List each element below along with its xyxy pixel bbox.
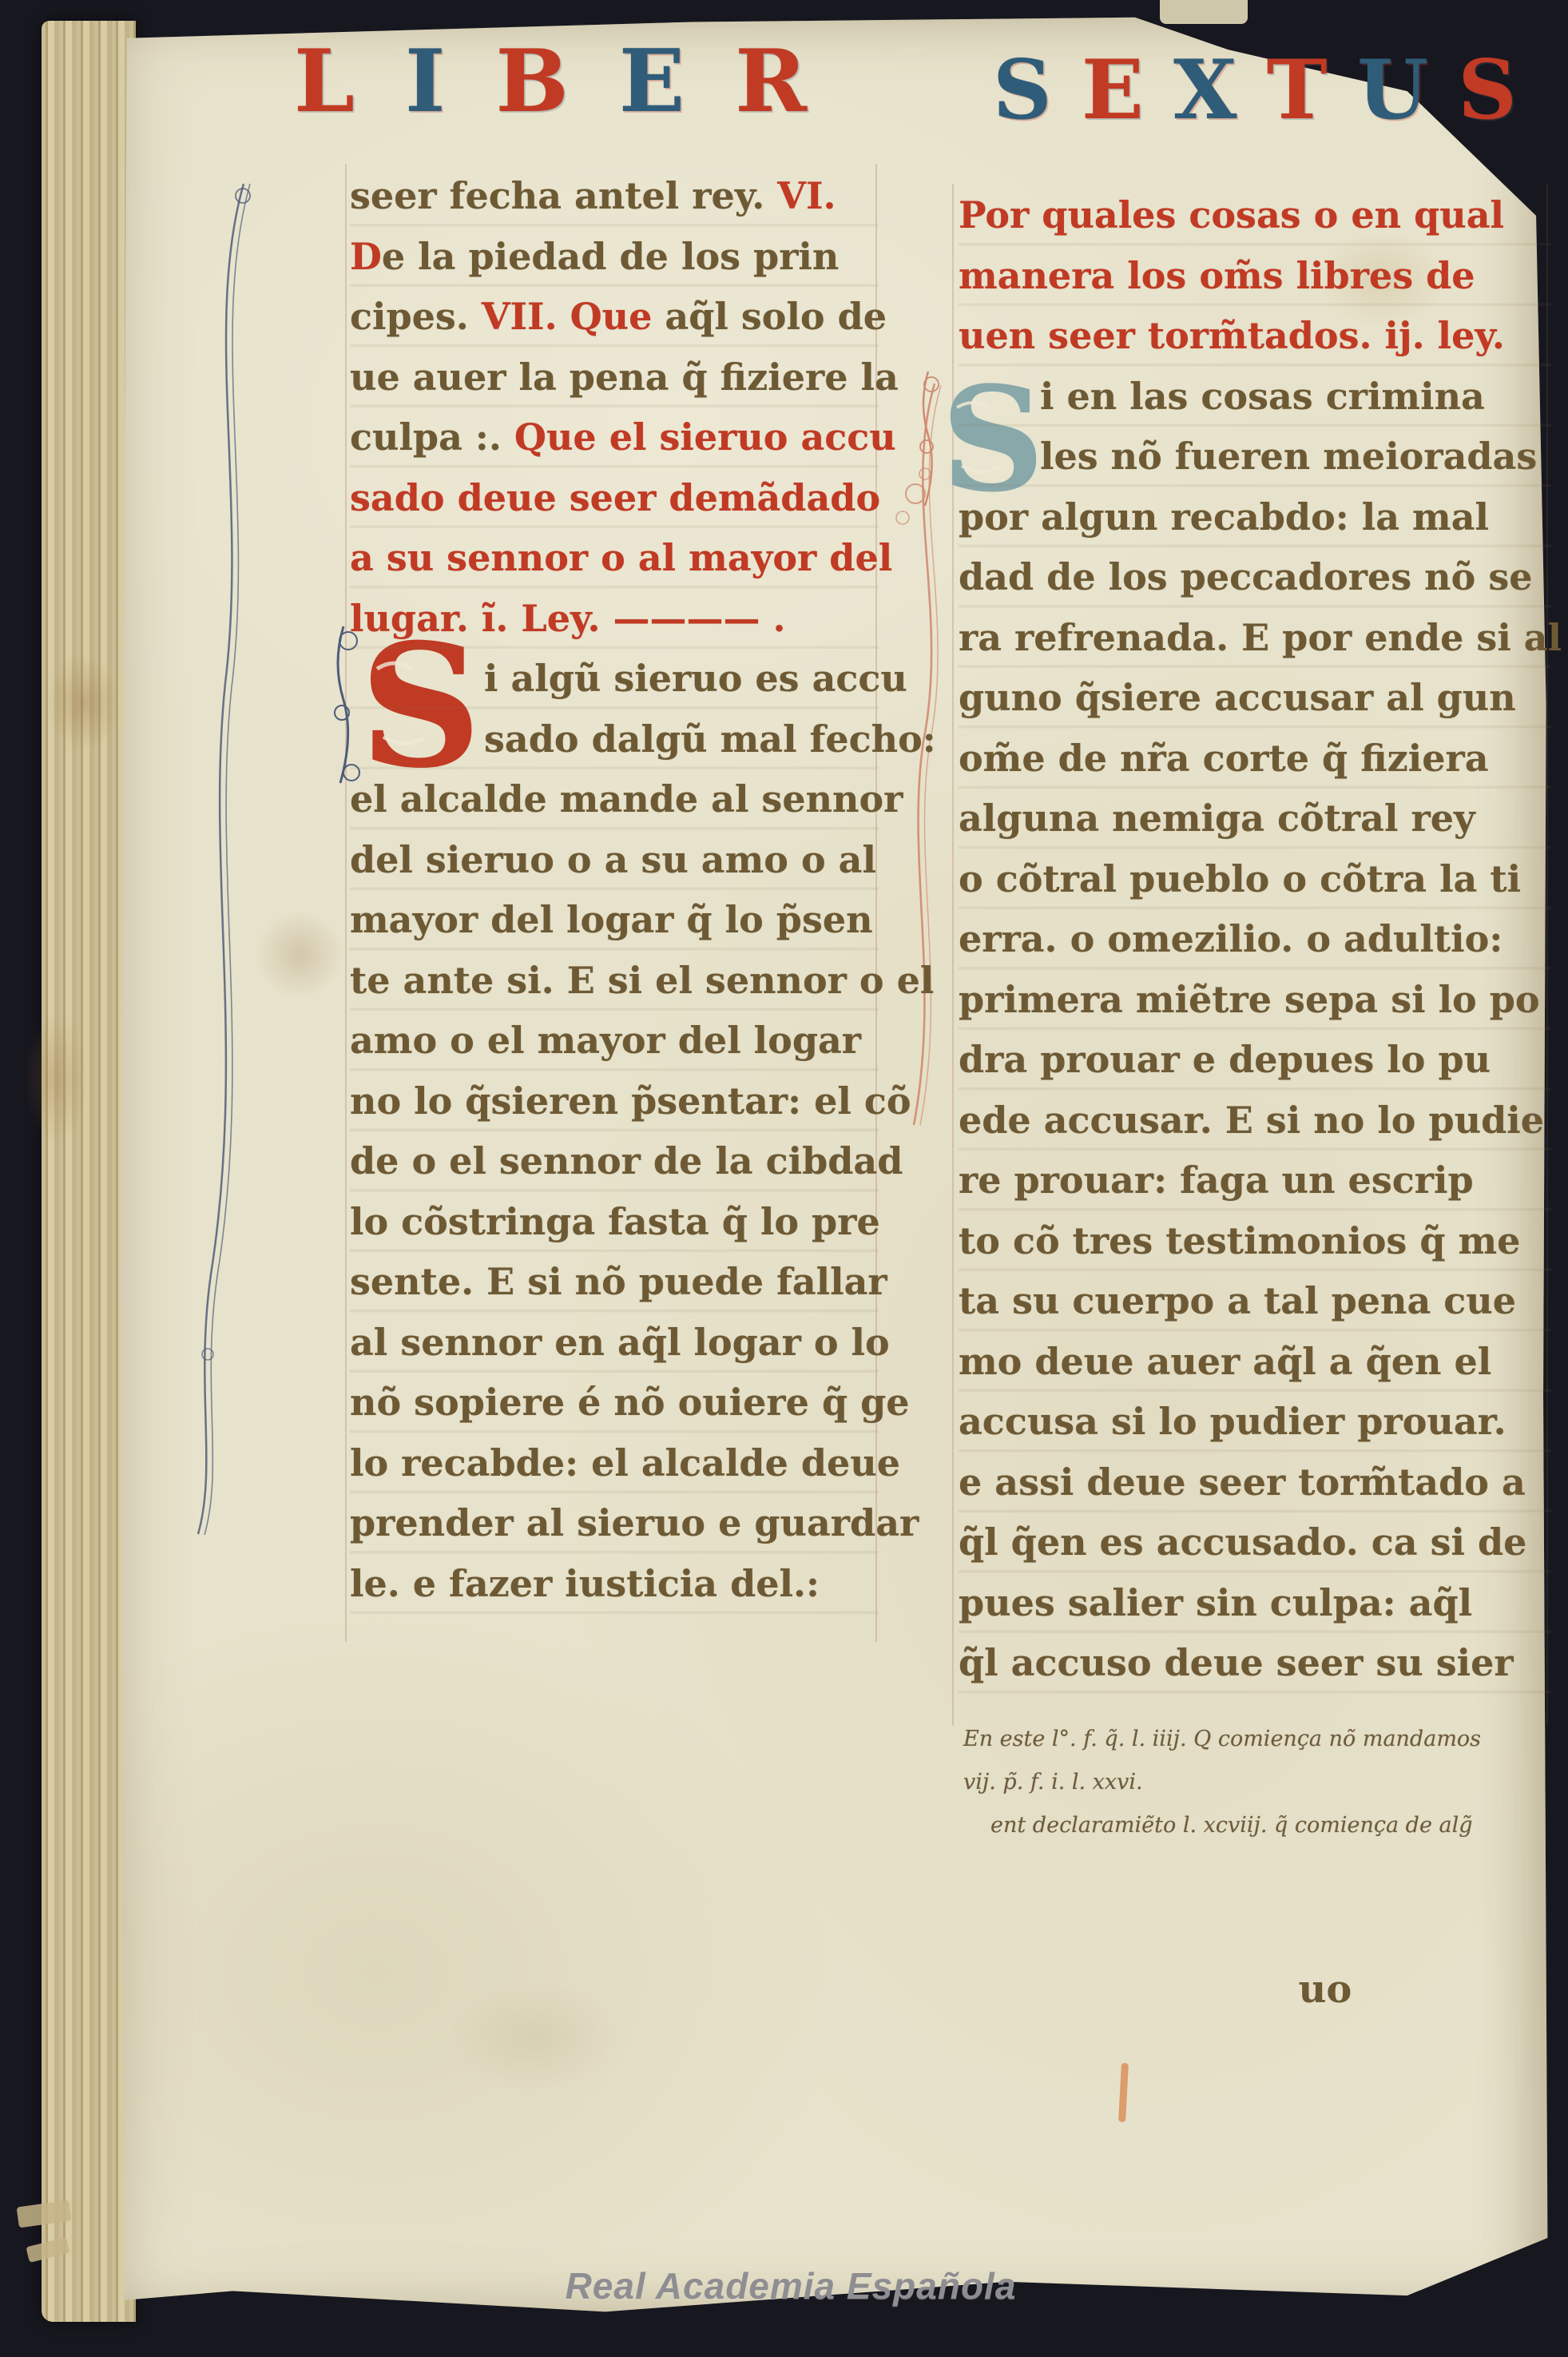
pen-flourish-left-margin: [160, 164, 296, 1562]
manuscript-line: sado dalgũ mal fecho:: [350, 709, 879, 770]
manuscript-line: lugar. ĩ. Ley. ———— .: [350, 589, 879, 650]
text-segment: ent declaramiẽto l. xcviij. q̃ comiença …: [990, 1813, 1473, 1838]
text-segment: mo deue auer aq̃l a q̃en el: [959, 1340, 1491, 1383]
text-segment: vij. p̃. f. i. l. xxvi.: [963, 1770, 1143, 1795]
manuscript-line: to cõ tres testimonios q̃ me: [959, 1211, 1551, 1272]
manuscript-line: ede accusar. E si no lo pudie: [959, 1091, 1551, 1151]
manuscript-line: prender al sieruo e guardar: [350, 1493, 879, 1554]
manuscript-line: nõ sopiere é nõ ouiere q̃ ge: [350, 1373, 879, 1433]
text-column-left: seer fecha antel rey. VI.De la piedad de…: [350, 166, 879, 1614]
catchword: uo: [1257, 1967, 1393, 2012]
text-segment: D: [350, 235, 382, 278]
text-segment: dra prouar e depues lo pu: [959, 1038, 1491, 1081]
text-segment: primera miẽtre sepa si lo po: [959, 978, 1540, 1021]
text-segment: sado deue seer demãdado: [350, 476, 880, 519]
header-letter: T: [1267, 50, 1328, 131]
manuscript-line: erra. o omezilio. o adultio:: [959, 909, 1551, 970]
manuscript-line: del sieruo o a su amo o al: [350, 830, 879, 891]
manuscript-line: i algũ sieruo es accu: [350, 649, 879, 709]
header-letter: S: [993, 50, 1052, 131]
manuscript-line: Por quales cosas o en qual: [959, 185, 1551, 246]
manuscript-line: culpa :. Que el sieruo accu: [350, 407, 879, 468]
text-segment: del sieruo o a su amo o al: [350, 838, 876, 881]
manuscript-line: amo o el mayor del logar: [350, 1011, 879, 1071]
text-segment: sado dalgũ mal fecho:: [484, 717, 936, 761]
manuscript-line: ra refrenada. E por ende si al: [959, 608, 1551, 669]
manuscript-line: por algun recabdo: la mal: [959, 487, 1551, 548]
text-segment: Por quales cosas o en qual: [959, 193, 1504, 236]
manuscript-line: o cõtral pueblo o cõtra la ti: [959, 849, 1551, 910]
text-segment: manera los om̃s libres de: [959, 254, 1475, 297]
text-segment: Que el sieruo accu: [514, 415, 896, 459]
manuscript-line: a su sennor o al mayor del: [350, 528, 879, 589]
marginal-note: En este l°. f. q̃. l. iiij. Q comiença n…: [963, 1718, 1568, 1847]
manuscript-line: q̃l q̃en es accusado. ca si de: [959, 1512, 1551, 1573]
text-segment: i en las cosas crimina: [1040, 375, 1485, 418]
text-segment: VI.: [764, 174, 836, 217]
manuscript-line: de o el sennor de la cibdad: [350, 1131, 879, 1192]
text-segment: por algun recabdo: la mal: [959, 495, 1489, 539]
manuscript-line: dad de los peccadores nõ se: [959, 547, 1551, 608]
header-letter: E: [1082, 50, 1144, 131]
text-segment: uen seer torm̃tados. ij. ley.: [959, 314, 1505, 357]
text-segment: de o el sennor de la cibdad: [350, 1139, 903, 1182]
marginal-note-line: vij. p̃. f. i. l. xxvi.: [963, 1761, 1568, 1804]
manuscript-line: guno q̃siere accusar al gun: [959, 668, 1551, 729]
text-segment: guno q̃siere accusar al gun: [959, 676, 1516, 719]
text-segment: om̃e de nr̃a corte q̃ fiziera: [959, 737, 1489, 780]
header-letter: X: [1173, 50, 1237, 131]
manuscript-line: ue auer la pena q̃ fiziere la: [350, 348, 879, 408]
header-letter: S: [1458, 50, 1517, 131]
text-segment: les nõ fueren meioradas: [1040, 435, 1537, 478]
marginal-note-line: ent declaramiẽto l. xcviij. q̃ comiença …: [963, 1804, 1568, 1847]
manuscript-line: manera los om̃s libres de: [959, 246, 1551, 307]
text-segment: no lo q̃sieren p̃sentar: el cõ: [350, 1079, 911, 1123]
manuscript-line: sente. E si nõ puede fallar: [350, 1252, 879, 1313]
library-stamp: Real Academia Española: [503, 2264, 1078, 2307]
ruling-line: [345, 164, 347, 1642]
text-segment: to cõ tres testimonios q̃ me: [959, 1219, 1520, 1262]
manuscript-line: al sennor en aq̃l logar o lo: [350, 1313, 879, 1373]
text-segment: el alcalde mande al sennor: [350, 777, 903, 821]
text-segment: sente. E si nõ puede fallar: [350, 1260, 887, 1303]
text-segment: lugar. ĩ. Ley. ———— .: [350, 597, 786, 640]
manuscript-line: accusa si lo pudier prouar.: [959, 1392, 1551, 1453]
manuscript-line: mo deue auer aq̃l a q̃en el: [959, 1332, 1551, 1393]
manuscript-line: no lo q̃sieren p̃sentar: el cõ: [350, 1071, 879, 1132]
manuscript-line: uen seer torm̃tados. ij. ley.: [959, 306, 1551, 367]
text-segment: VII. Que: [469, 295, 665, 338]
text-segment: q̃l accuso deue seer su sier: [959, 1641, 1514, 1684]
header-letter: R: [735, 38, 807, 125]
text-segment: ta su cuerpo a tal pena cue: [959, 1279, 1516, 1322]
running-title-sextus: SEXTUS: [993, 50, 1517, 131]
manuscript-line: pues salier sin culpa: aq̃l: [959, 1573, 1551, 1634]
text-segment: e assi deue seer torm̃tado a: [959, 1461, 1526, 1504]
manuscript-line: ta su cuerpo a tal pena cue: [959, 1271, 1551, 1332]
page-corner-tab: [1160, 0, 1248, 24]
text-segment: cipes.: [350, 295, 469, 338]
text-segment: o cõtral pueblo o cõtra la ti: [959, 857, 1521, 900]
text-segment: a su sennor o al mayor del: [350, 536, 892, 579]
text-segment: alguna nemiga cõtral rey: [959, 797, 1475, 840]
text-segment: culpa :.: [350, 415, 514, 459]
manuscript-line: sado deue seer demãdado: [350, 468, 879, 529]
text-segment: En este l°. f. q̃. l. iiij. Q comiença n…: [963, 1727, 1481, 1751]
manuscript-line: el alcalde mande al sennor: [350, 769, 879, 830]
text-segment: ede accusar. E si no lo pudie: [959, 1099, 1544, 1142]
header-letter: L: [294, 38, 355, 125]
manuscript-line: q̃l accuso deue seer su sier: [959, 1633, 1551, 1694]
text-segment: mayor del logar q̃ lo p̃sen: [350, 898, 873, 941]
text-segment: seer fecha antel rey.: [350, 174, 764, 217]
manuscript-line: primera miẽtre sepa si lo po: [959, 970, 1551, 1031]
manuscript-line: re prouar: faga un escrip: [959, 1151, 1551, 1211]
manuscript-line: i en las cosas crimina: [959, 367, 1551, 427]
manuscript-line: le. e fazer iusticia del.:: [350, 1554, 879, 1615]
text-segment: i algũ sieruo es accu: [484, 657, 907, 700]
text-segment: ra refrenada. E por ende si al: [959, 616, 1562, 659]
manuscript-line: dra prouar e depues lo pu: [959, 1030, 1551, 1091]
text-segment: accusa si lo pudier prouar.: [959, 1400, 1506, 1443]
text-segment: pues salier sin culpa: aq̃l: [959, 1581, 1472, 1624]
manuscript-line: cipes. VII. Que aq̃l solo de: [350, 287, 879, 348]
text-segment: dad de los peccadores nõ se: [959, 555, 1532, 598]
text-segment: te ante si. E si el sennor o el: [350, 959, 934, 1002]
manuscript-line: e assi deue seer torm̃tado a: [959, 1453, 1551, 1513]
text-segment: le. e fazer iusticia del.:: [350, 1562, 820, 1605]
manuscript-line: lo cõstringa fasta q̃ lo pre: [350, 1192, 879, 1253]
manuscript-line: te ante si. E si el sennor o el: [350, 951, 879, 1012]
running-title-liber: LIBER: [294, 38, 807, 125]
marginal-note-line: En este l°. f. q̃. l. iiij. Q comiença n…: [963, 1718, 1568, 1761]
text-column-right: Por quales cosas o en qualmanera los om̃…: [959, 185, 1551, 1694]
manuscript-line: lo recabde: el alcalde deue: [350, 1433, 879, 1494]
manuscript-line: mayor del logar q̃ lo p̃sen: [350, 890, 879, 951]
manuscript-line: seer fecha antel rey. VI.: [350, 166, 879, 227]
text-segment: ue auer la pena q̃ fiziere la: [350, 356, 899, 399]
text-segment: al sennor en aq̃l logar o lo: [350, 1321, 890, 1364]
header-letter: U: [1357, 50, 1428, 131]
text-segment: e la piedad de los prin: [382, 235, 839, 278]
header-letter: I: [405, 38, 446, 125]
header-letter: B: [496, 38, 569, 125]
text-segment: prender al sieruo e guardar: [350, 1501, 919, 1544]
manuscript-scan: { "page": { "colors": { "ink": "#6d5a35"…: [0, 0, 1568, 2357]
text-segment: re prouar: faga un escrip: [959, 1159, 1474, 1202]
text-segment: lo recabde: el alcalde deue: [350, 1441, 900, 1485]
text-segment: q̃l q̃en es accusado. ca si de: [959, 1520, 1526, 1564]
text-segment: lo cõstringa fasta q̃ lo pre: [350, 1200, 880, 1243]
manuscript-line: om̃e de nr̃a corte q̃ fiziera: [959, 729, 1551, 789]
header-letter: E: [619, 38, 685, 125]
text-segment: nõ sopiere é nõ ouiere q̃ ge: [350, 1381, 910, 1424]
manuscript-line: les nõ fueren meioradas: [959, 427, 1551, 487]
text-segment: erra. o omezilio. o adultio:: [959, 917, 1503, 960]
text-segment: amo o el mayor del logar: [350, 1019, 861, 1062]
manuscript-line: De la piedad de los prin: [350, 227, 879, 288]
manuscript-line: alguna nemiga cõtral rey: [959, 789, 1551, 849]
text-segment: aq̃l solo de: [665, 295, 887, 338]
